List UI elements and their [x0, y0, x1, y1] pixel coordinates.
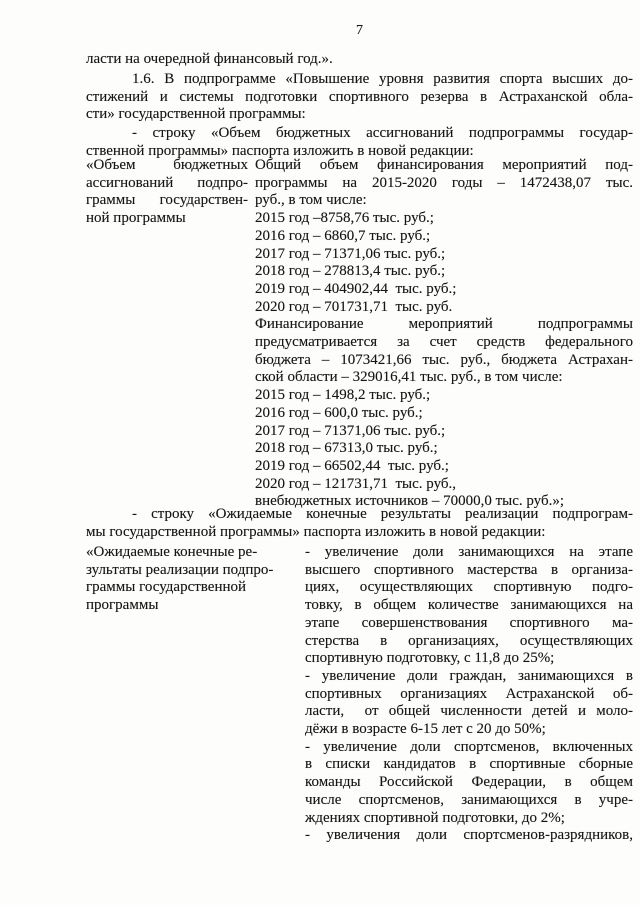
text-line: мы государственной программы» паспорта и…	[86, 524, 633, 542]
text-paragraph: 2017 год – 71371,06 тыс. руб.;	[255, 423, 633, 441]
paragraph-budget-amendment: - строку «Объем бюджетных ассигнований п…	[86, 125, 633, 160]
text-line: 2015 год –8758,76 тыс. руб.;	[255, 210, 633, 228]
text-line: программы на 2015-2020 годы – 1472438,07…	[255, 175, 633, 193]
text-line: Общий объем финансирования мероприятий п…	[255, 157, 633, 175]
text-line: - строку «Ожидаемые конечные результаты …	[86, 506, 633, 524]
text-line: ждениях спортивной подготовки, до 2%;	[305, 810, 633, 828]
text-line: предусматривается за счет средств федера…	[255, 334, 633, 352]
text-line: 2019 год – 66502,44 тыс. руб.;	[255, 458, 633, 476]
text-line: ласти на очередной финансовый год.».	[86, 51, 633, 69]
text-line: циях, осуществляющих спортивную подго-	[305, 579, 633, 597]
text-line: сти» государственной программы:	[86, 106, 633, 124]
text-line: числе спортсменов, занимающихся в учре-	[305, 792, 633, 810]
text-line: этапе совершенствования спортивного ма-	[305, 615, 633, 633]
text-paragraph: - увеличение доли занимающихся на этапев…	[305, 544, 633, 668]
text-line: ассигнований подпро-	[86, 175, 248, 193]
results-label-column: «Ожидаемые конечные ре-зультаты реализац…	[86, 544, 304, 615]
text-line: - увеличение доли граждан, занимающихся …	[305, 668, 633, 686]
text-line: - строку «Объем бюджетных ассигнований п…	[86, 125, 633, 143]
text-paragraph: - увеличение доли спортсменов, включенны…	[305, 739, 633, 828]
text-line: команды Российской Федерации, в общем	[305, 774, 633, 792]
text-line: бюджета – 1073421,66 тыс. руб., бюджета …	[255, 352, 633, 370]
text-line: ной программы	[86, 210, 248, 228]
text-paragraph: 2020 год – 701731,71 тыс. руб.	[255, 299, 633, 317]
text-line: «Ожидаемые конечные ре-	[86, 544, 304, 562]
text-paragraph: 2019 год – 66502,44 тыс. руб.;	[255, 458, 633, 476]
document-page: 7 ласти на очередной финансовый год.». 1…	[0, 0, 640, 905]
text-line: 2018 год – 67313,0 тыс. руб.;	[255, 440, 633, 458]
text-line: ской области – 329016,41 тыс. руб., в то…	[255, 369, 633, 387]
text-line: - увеличение доли спортсменов, включенны…	[305, 739, 633, 757]
budget-label-column: «Объем бюджетныхассигнований подпро-грам…	[86, 157, 248, 228]
text-paragraph: Финансирование мероприятий подпрограммып…	[255, 316, 633, 387]
text-line: - увеличение доли занимающихся на этапе	[305, 544, 633, 562]
text-line: зультаты реализации подпро-	[86, 562, 304, 580]
budget-content-column: Общий объем финансирования мероприятий п…	[255, 157, 633, 511]
text-line: «Объем бюджетных	[86, 157, 248, 175]
text-line: Финансирование мероприятий подпрограммы	[255, 316, 633, 334]
text-line: высшего спортивного мастерства в организ…	[305, 562, 633, 580]
text-line: ласти, от общей численности детей и моло…	[305, 703, 633, 721]
text-paragraph: - увеличения доли спортсменов-разряднико…	[305, 827, 633, 845]
text-paragraph: 2018 год – 278813,4 тыс. руб.;	[255, 263, 633, 281]
text-line: 2020 год – 701731,71 тыс. руб.	[255, 299, 633, 317]
text-line: в списки кандидатов в спортивные сборные	[305, 756, 633, 774]
text-line: товку, в общем количестве занимающихся н…	[305, 597, 633, 615]
text-line: 2017 год – 71371,06 тыс. руб.;	[255, 246, 633, 264]
text-line: 1.6. В подпрограмме «Повышение уровня ра…	[86, 71, 633, 89]
text-line: 2018 год – 278813,4 тыс. руб.;	[255, 263, 633, 281]
text-line: дёжи в возрасте 6-15 лет с 20 до 50%;	[305, 721, 633, 739]
results-content-column: - увеличение доли занимающихся на этапев…	[305, 544, 633, 845]
paragraph-continuation: ласти на очередной финансовый год.».	[86, 51, 633, 69]
text-line: 2020 год – 121731,71 тыс. руб.,	[255, 476, 633, 494]
text-line: программы	[86, 597, 304, 615]
text-line: спортивную подготовку, с 11,8 до 25%;	[305, 650, 633, 668]
text-paragraph: 2020 год – 121731,71 тыс. руб.,	[255, 476, 633, 494]
table-budget-allocations: «Объем бюджетныхассигнований подпро-грам…	[86, 157, 633, 511]
text-paragraph: 2018 год – 67313,0 тыс. руб.;	[255, 440, 633, 458]
text-line: 2016 год – 600,0 тыс. руб.;	[255, 405, 633, 423]
text-paragraph: 2015 год –8758,76 тыс. руб.;	[255, 210, 633, 228]
text-paragraph: 2016 год – 6860,7 тыс. руб.;	[255, 228, 633, 246]
text-paragraph: 2015 год – 1498,2 тыс. руб.;	[255, 387, 633, 405]
text-line: граммы государственной	[86, 579, 304, 597]
text-line: спортивных организациях Астраханской об-	[305, 686, 633, 704]
paragraph-results-amendment: - строку «Ожидаемые конечные результаты …	[86, 506, 633, 541]
table-expected-results: «Ожидаемые конечные ре-зультаты реализац…	[86, 544, 633, 834]
text-line: - увеличения доли спортсменов-разряднико…	[305, 827, 633, 845]
text-paragraph: 2016 год – 600,0 тыс. руб.;	[255, 405, 633, 423]
text-paragraph: 2017 год – 71371,06 тыс. руб.;	[255, 246, 633, 264]
text-paragraph: - увеличение доли граждан, занимающихся …	[305, 668, 633, 739]
page-number: 7	[86, 22, 633, 40]
text-line: граммы государствен-	[86, 192, 248, 210]
text-line: 2017 год – 71371,06 тыс. руб.;	[255, 423, 633, 441]
text-line: 2016 год – 6860,7 тыс. руб.;	[255, 228, 633, 246]
text-line: 2019 год – 404902,44 тыс. руб.;	[255, 281, 633, 299]
text-paragraph: 2019 год – 404902,44 тыс. руб.;	[255, 281, 633, 299]
text-paragraph: Общий объем финансирования мероприятий п…	[255, 157, 633, 210]
text-line: 2015 год – 1498,2 тыс. руб.;	[255, 387, 633, 405]
paragraph-item-1-6: 1.6. В подпрограмме «Повышение уровня ра…	[86, 71, 633, 124]
text-line: стерства в организациях, осуществляющих	[305, 633, 633, 651]
text-line: стижений и системы подготовки спортивног…	[86, 89, 633, 107]
text-line: руб., в том числе:	[255, 192, 633, 210]
